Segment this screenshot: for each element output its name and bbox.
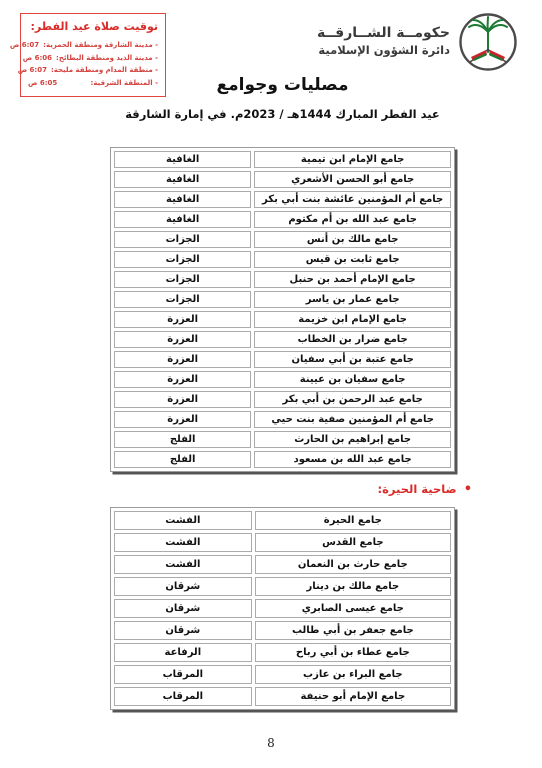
table-row: جامع الإمام أحمد بن حنبل الجزات — [114, 271, 451, 288]
page-subtitle: عيد الفطر المبارك 1444هـ / 2023م. في إما… — [110, 107, 455, 121]
area-cell: العزرة — [114, 331, 251, 348]
mosque-name-cell: جامع ضرار بن الخطاب — [254, 331, 451, 348]
table-row: جامع الإمام أبو حنيفة المرقاب — [114, 687, 451, 706]
area-cell: العزرة — [114, 351, 251, 368]
area-cell: شرقان — [114, 577, 252, 596]
timing-entry-time: 6:07 ص — [18, 64, 47, 77]
mosque-name-cell: جامع عطاء بن أبي رباح — [255, 643, 451, 662]
area-cell: الفلج — [114, 431, 251, 448]
table-row: جامع الإمام ابن خزيمة العزرة — [114, 311, 451, 328]
table-row: جامع ضرار بن الخطاب العزرة — [114, 331, 451, 348]
mosque-name-cell: جامع عيسى الصابري — [255, 599, 451, 618]
mosque-name-cell: جامع عبد الرحمن بن أبي بكر — [254, 391, 451, 408]
table-row: جامع عبد الله بن مسعود الفلج — [114, 451, 451, 468]
table-row: جامع عبد الله بن أم مكتوم الغافية — [114, 211, 451, 228]
mosque-name-cell: جامع إبراهيم بن الحارث — [254, 431, 451, 448]
district-heading-text: ضاحية الحيرة: — [378, 482, 457, 496]
table-row: جامع الإمام ابن تيمية الغافية — [114, 151, 451, 168]
table-row: جامع القدس الفشت — [114, 533, 451, 552]
mosque-name-cell: جامع الإمام أحمد بن حنبل — [254, 271, 451, 288]
government-name: حكومــة الشــارقــة — [317, 24, 450, 42]
area-cell: الغافية — [114, 151, 251, 168]
table-row: جامع مالك بن أنس الجزات — [114, 231, 451, 248]
table-row: جامع عطاء بن أبي رباح الرفاعة — [114, 643, 451, 662]
area-cell: الفشت — [114, 533, 252, 552]
area-cell: الجزات — [114, 231, 251, 248]
mosque-name-cell: جامع عبد الله بن أم مكتوم — [254, 211, 451, 228]
mosque-name-cell: جامع مالك بن دينار — [255, 577, 451, 596]
timing-entry-label: - مدينة الذيد ومنطقة البطائح: — [56, 52, 158, 65]
area-cell: الفلج — [114, 451, 251, 468]
area-cell: الجزات — [114, 251, 251, 268]
sharjah-emblem-icon — [458, 12, 518, 72]
mosque-name-cell: جامع أم المؤمنين عائشة بنت أبي بكر — [254, 191, 451, 208]
mosque-name-cell: جامع أبو الحسن الأشعري — [254, 171, 451, 188]
mosque-name-cell: جامع الإمام ابن تيمية — [254, 151, 451, 168]
table-row: جامع أبو الحسن الأشعري الغافية — [114, 171, 451, 188]
table-row: جامع عبد الرحمن بن أبي بكر العزرة — [114, 391, 451, 408]
area-cell: الرفاعة — [114, 643, 252, 662]
area-cell: الغافية — [114, 171, 251, 188]
timing-entry-time: 6:05 ص — [28, 77, 57, 90]
mosque-name-cell: جامع القدس — [255, 533, 451, 552]
table-row: جامع جعفر بن أبي طالب شرقان — [114, 621, 451, 640]
area-cell: العزرة — [114, 391, 251, 408]
mosque-name-cell: جامع الإمام أبو حنيفة — [255, 687, 451, 706]
table-row: جامع عمار بن ياسر الجزات — [114, 291, 451, 308]
table-row: جامع إبراهيم بن الحارث الفلج — [114, 431, 451, 448]
bullet-icon: • — [464, 484, 472, 495]
mosque-name-cell: جامع عبد الله بن مسعود — [254, 451, 451, 468]
page-title: مصليات وجوامع — [110, 75, 455, 95]
mosque-name-cell: جامع سفيان بن عيينة — [254, 371, 451, 388]
table-row: جامع حارث بن النعمان الفشت — [114, 555, 451, 574]
mosque-area-table-1: جامع الإمام ابن تيمية الغافية جامع أبو ا… — [110, 147, 455, 472]
timing-entry-label: - مدينة الشارقة ومنطقة الحمرية: — [43, 39, 158, 52]
area-cell: الفشت — [114, 511, 252, 530]
timing-entry: - مدينة الشارقة ومنطقة الحمرية: 6:07 ص — [28, 39, 158, 52]
area-cell: العزرة — [114, 371, 251, 388]
table-row: جامع البراء بن عازب المرقاب — [114, 665, 451, 684]
table-row: جامع ثابت بن قيس الجزات — [114, 251, 451, 268]
mosque-name-cell: جامع الإمام ابن خزيمة — [254, 311, 451, 328]
mosque-name-cell: جامع أم المؤمنين صفية بنت حيي — [254, 411, 451, 428]
mosque-name-cell: جامع جعفر بن أبي طالب — [255, 621, 451, 640]
mosque-name-cell: جامع ثابت بن قيس — [254, 251, 451, 268]
department-name: دائرة الشؤون الإسلامية — [317, 42, 450, 58]
area-cell: الجزات — [114, 291, 251, 308]
table-row: جامع الحيرة الفشت — [114, 511, 451, 530]
area-cell: العزرة — [114, 411, 251, 428]
table-row: جامع أم المؤمنين عائشة بنت أبي بكر الغاف… — [114, 191, 451, 208]
timing-entry: - مدينة الذيد ومنطقة البطائح: 6:06 ص — [28, 52, 158, 65]
area-cell: شرقان — [114, 599, 252, 618]
area-cell: الغافية — [114, 191, 251, 208]
mosque-name-cell: جامع عتبة بن أبي سفيان — [254, 351, 451, 368]
area-cell: شرقان — [114, 621, 252, 640]
area-cell: المرقاب — [114, 665, 252, 684]
area-cell: العزرة — [114, 311, 251, 328]
document-page: توقيت صلاة عيد الفطر: - مدينة الشارقة وم… — [0, 0, 542, 768]
area-cell: الجزات — [114, 271, 251, 288]
table-row: جامع أم المؤمنين صفية بنت حيي العزرة — [114, 411, 451, 428]
table-row: جامع عتبة بن أبي سفيان العزرة — [114, 351, 451, 368]
area-cell: المرقاب — [114, 687, 252, 706]
org-block: حكومــة الشــارقــة دائرة الشؤون الإسلام… — [317, 24, 450, 58]
mosque-name-cell: جامع حارث بن النعمان — [255, 555, 451, 574]
mosque-name-cell: جامع عمار بن ياسر — [254, 291, 451, 308]
mosque-name-cell: جامع البراء بن عازب — [255, 665, 451, 684]
timing-entry-time: 6:07 ص — [10, 39, 39, 52]
page-number: 8 — [0, 736, 542, 750]
mosque-area-table-2: جامع الحيرة الفشت جامع القدس الفشت جامع … — [110, 507, 455, 710]
district-heading: • ضاحية الحيرة: — [378, 482, 473, 496]
area-cell: الفشت — [114, 555, 252, 574]
prayer-timing-title: توقيت صلاة عيد الفطر: — [28, 20, 158, 33]
timing-entry-time: 6:06 ص — [23, 52, 52, 65]
table-row: جامع مالك بن دينار شرقان — [114, 577, 451, 596]
table-row: جامع سفيان بن عيينة العزرة — [114, 371, 451, 388]
area-cell: الغافية — [114, 211, 251, 228]
mosque-name-cell: جامع الحيرة — [255, 511, 451, 530]
mosque-name-cell: جامع مالك بن أنس — [254, 231, 451, 248]
document-header: مصليات وجوامع عيد الفطر المبارك 1444هـ /… — [110, 75, 455, 121]
table-row: جامع عيسى الصابري شرقان — [114, 599, 451, 618]
